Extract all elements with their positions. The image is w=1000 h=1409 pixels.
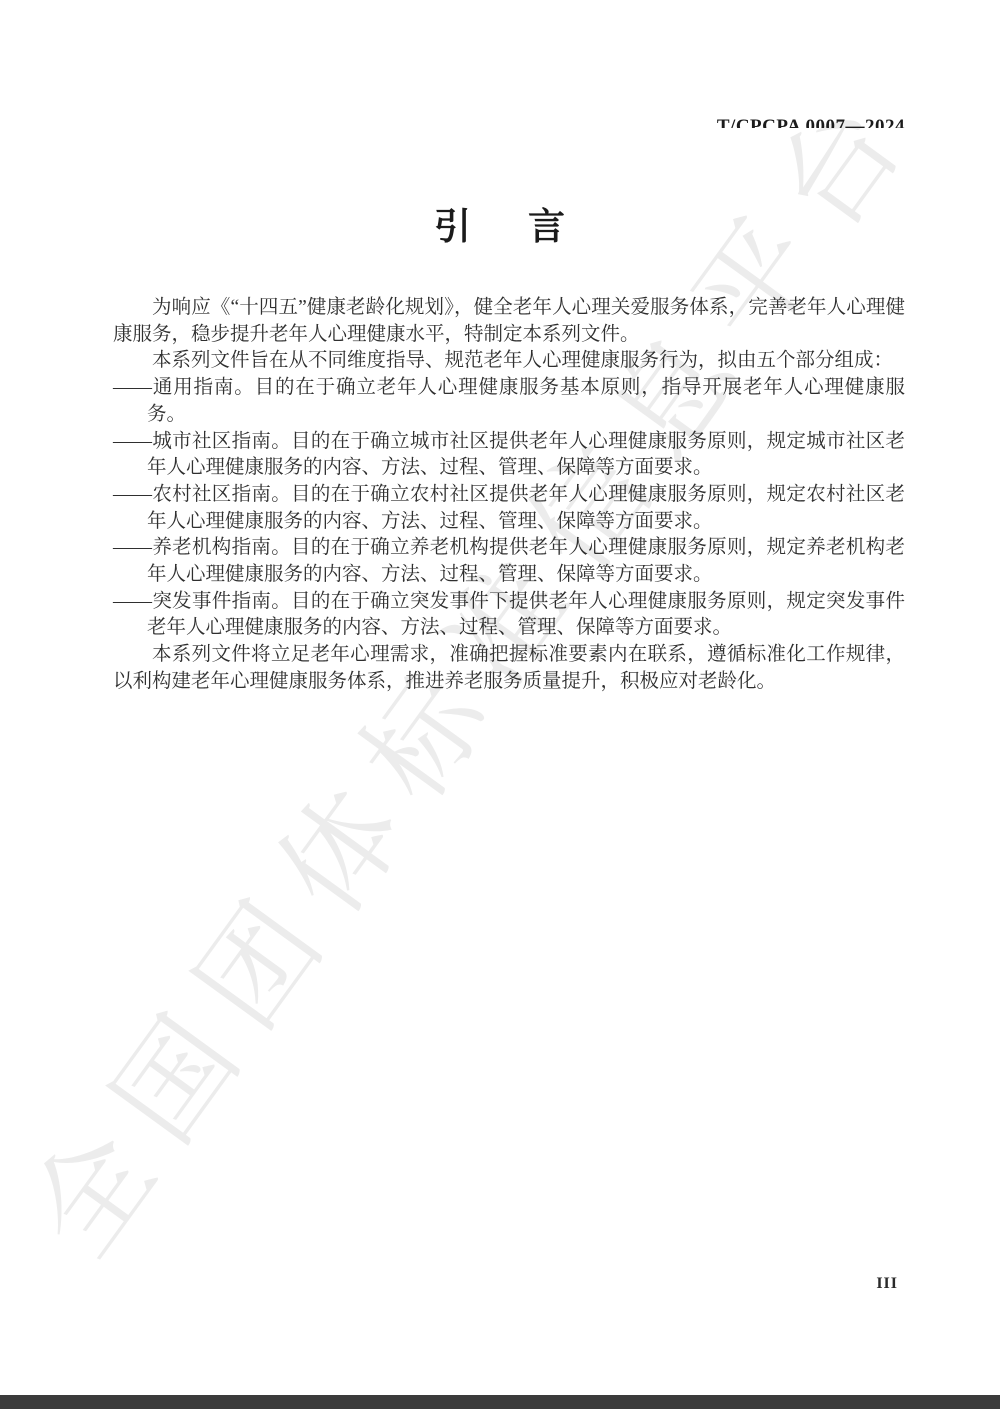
closing-paragraph: 本系列文件将立足老年心理需求，准确把握标准要素内在联系，遵循标准化工作规律，以利… [113,642,905,695]
standard-doc-code: T/CPCPA 0007—2024 [717,117,905,128]
introduction-body: 为响应《“十四五”健康老龄化规划》，健全老年人心理关爱服务体系，完善老年人心理健… [113,295,905,696]
intro-paragraph-1: 为响应《“十四五”健康老龄化规划》，健全老年人心理关爱服务体系，完善老年人心理健… [113,295,905,348]
page-title-char-2: 言 [528,196,566,250]
series-item-emergency-guide: ——突发事件指南。目的在于确立突发事件下提供老年人心理健康服务原则，规定突发事件… [113,589,905,642]
series-item-urban-community-guide: ——城市社区指南。目的在于确立城市社区提供老年人心理健康服务原则，规定城市社区老… [113,429,905,482]
scan-bottom-edge-bar [0,1395,1000,1409]
page-title: 引 言 [0,196,1000,250]
series-item-elderly-institution-guide: ——养老机构指南。目的在于确立养老机构提供老年人心理健康服务原则，规定养老机构老… [113,535,905,588]
series-item-rural-community-guide: ——农村社区指南。目的在于确立农村社区提供老年人心理健康服务原则，规定农村社区老… [113,482,905,535]
intro-paragraph-2: 本系列文件旨在从不同维度指导、规范老年人心理健康服务行为，拟由五个部分组成： [113,348,905,375]
series-item-general-guide: ——通用指南。目的在于确立老年人心理健康服务基本原则，指导开展老年人心理健康服务… [113,375,905,428]
doc-code-clip-region: T/CPCPA 0007—2024 [717,117,905,128]
page-title-char-1: 引 [434,196,472,250]
document-page: 全国团体标准信息平台 T/CPCPA 0007—2024 引 言 为响应《“十四… [0,0,1000,1409]
page-number: III [876,1275,898,1293]
